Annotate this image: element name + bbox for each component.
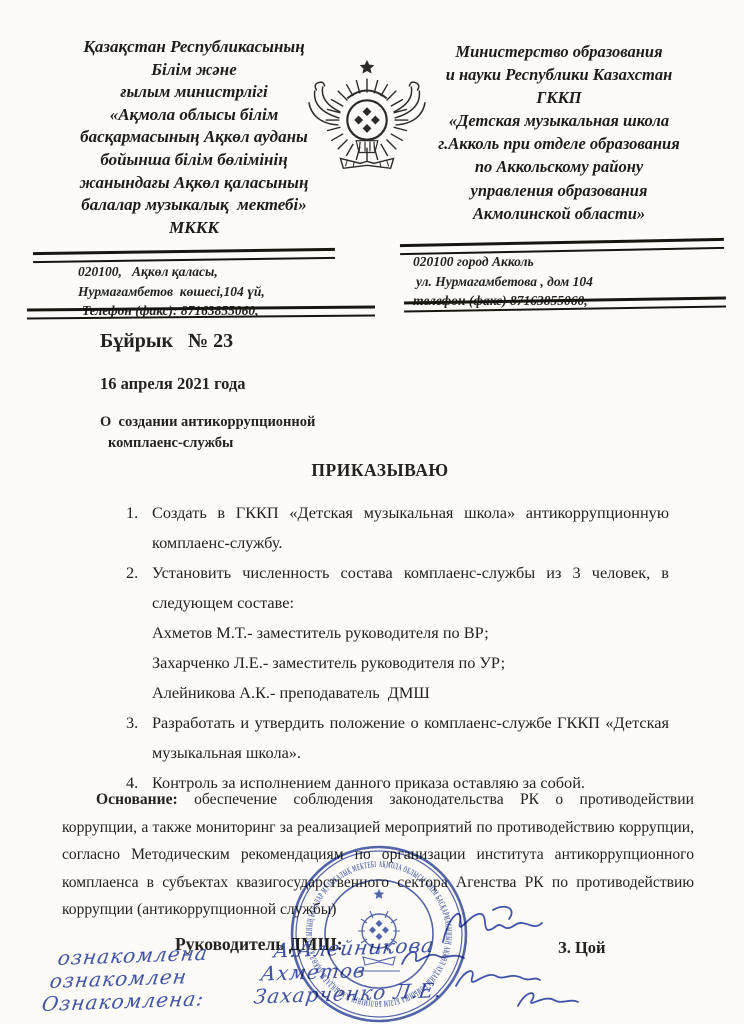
item-number: 1. <box>126 498 138 528</box>
letterhead-line: ГККП <box>394 86 724 109</box>
divider-rule <box>27 305 375 319</box>
decree-word: ПРИКАЗЫВАЮ <box>120 460 640 481</box>
order-date: 16 апреля 2021 года <box>100 374 246 394</box>
order-item-2: 2. Установить численность состава компла… <box>152 558 669 708</box>
order-item-1: 1. Создать в ГККП «Детская музыкальная ш… <box>152 498 669 558</box>
round-stamp-icon: АҚМОЛА ОБЛЫСЫ БІЛІМ БАСҚАРМАСЫНЫҢ АҚКӨЛ … <box>288 843 470 1024</box>
order-number: Бұйрык № 23 <box>100 330 233 353</box>
subject-line: О создании антикоррупционной <box>100 412 315 433</box>
divider-rule <box>33 248 335 263</box>
item-text: Установить численность состава комплаенс… <box>152 563 669 612</box>
letterhead-line: МККК <box>26 217 362 240</box>
address-line: 020100, Ақкөл қаласы, <box>78 262 265 282</box>
letterhead-line: управления образования <box>394 179 724 202</box>
letterhead-line: Министерство образования <box>394 40 724 63</box>
order-list: 1. Создать в ГККП «Детская музыкальная ш… <box>152 498 669 798</box>
ack-signature-icon <box>512 986 582 1016</box>
letterhead-line: г.Акколь при отделе образования <box>394 132 724 155</box>
signature-name: З. Цой <box>558 938 606 958</box>
letterhead-line: Акмолинской области» <box>394 202 724 225</box>
scanned-order-document: Қазақстан Республикасының Білім және ғыл… <box>0 0 744 1024</box>
letterhead-line: по Аккольскому району <box>394 155 724 178</box>
item-number: 3. <box>126 708 138 738</box>
order-item-3: 3. Разработать и утвердить положение о к… <box>152 708 669 768</box>
member-line: Захарченко Л.Е.- заместитель руководител… <box>152 648 669 678</box>
subject-line: комплаенс-службы <box>100 433 315 454</box>
address-line: ул. Нурмагамбетова , дом 104 <box>413 272 593 292</box>
letterhead-russian: Министерство образования и науки Республ… <box>394 40 724 225</box>
member-line: Ахметов М.Т.- заместитель руководителя п… <box>152 618 669 648</box>
letterhead-line: и науки Республики Казахстан <box>394 63 724 86</box>
order-subject: О создании антикоррупционной комплаенс-с… <box>100 412 315 454</box>
item-text: Разработать и утвердить положение о комп… <box>152 713 669 762</box>
address-line: Нурмағамбетов көшесі,104 үй, <box>78 282 265 302</box>
letterhead-line: «Детская музыкальная школа <box>394 109 724 132</box>
address-line: 020100 город Акколь <box>413 252 593 272</box>
item-text: Создать в ГККП «Детская музыкальная школ… <box>152 503 669 552</box>
ack-label: Ознакомлена: <box>40 986 206 1016</box>
item-number: 2. <box>126 558 138 588</box>
letterhead-line: балалар музыкалық мектебі» <box>26 194 362 217</box>
basis-label: Основание: <box>96 791 178 808</box>
member-line: Алейникова А.К.- преподаватель ДМШ <box>152 678 669 708</box>
